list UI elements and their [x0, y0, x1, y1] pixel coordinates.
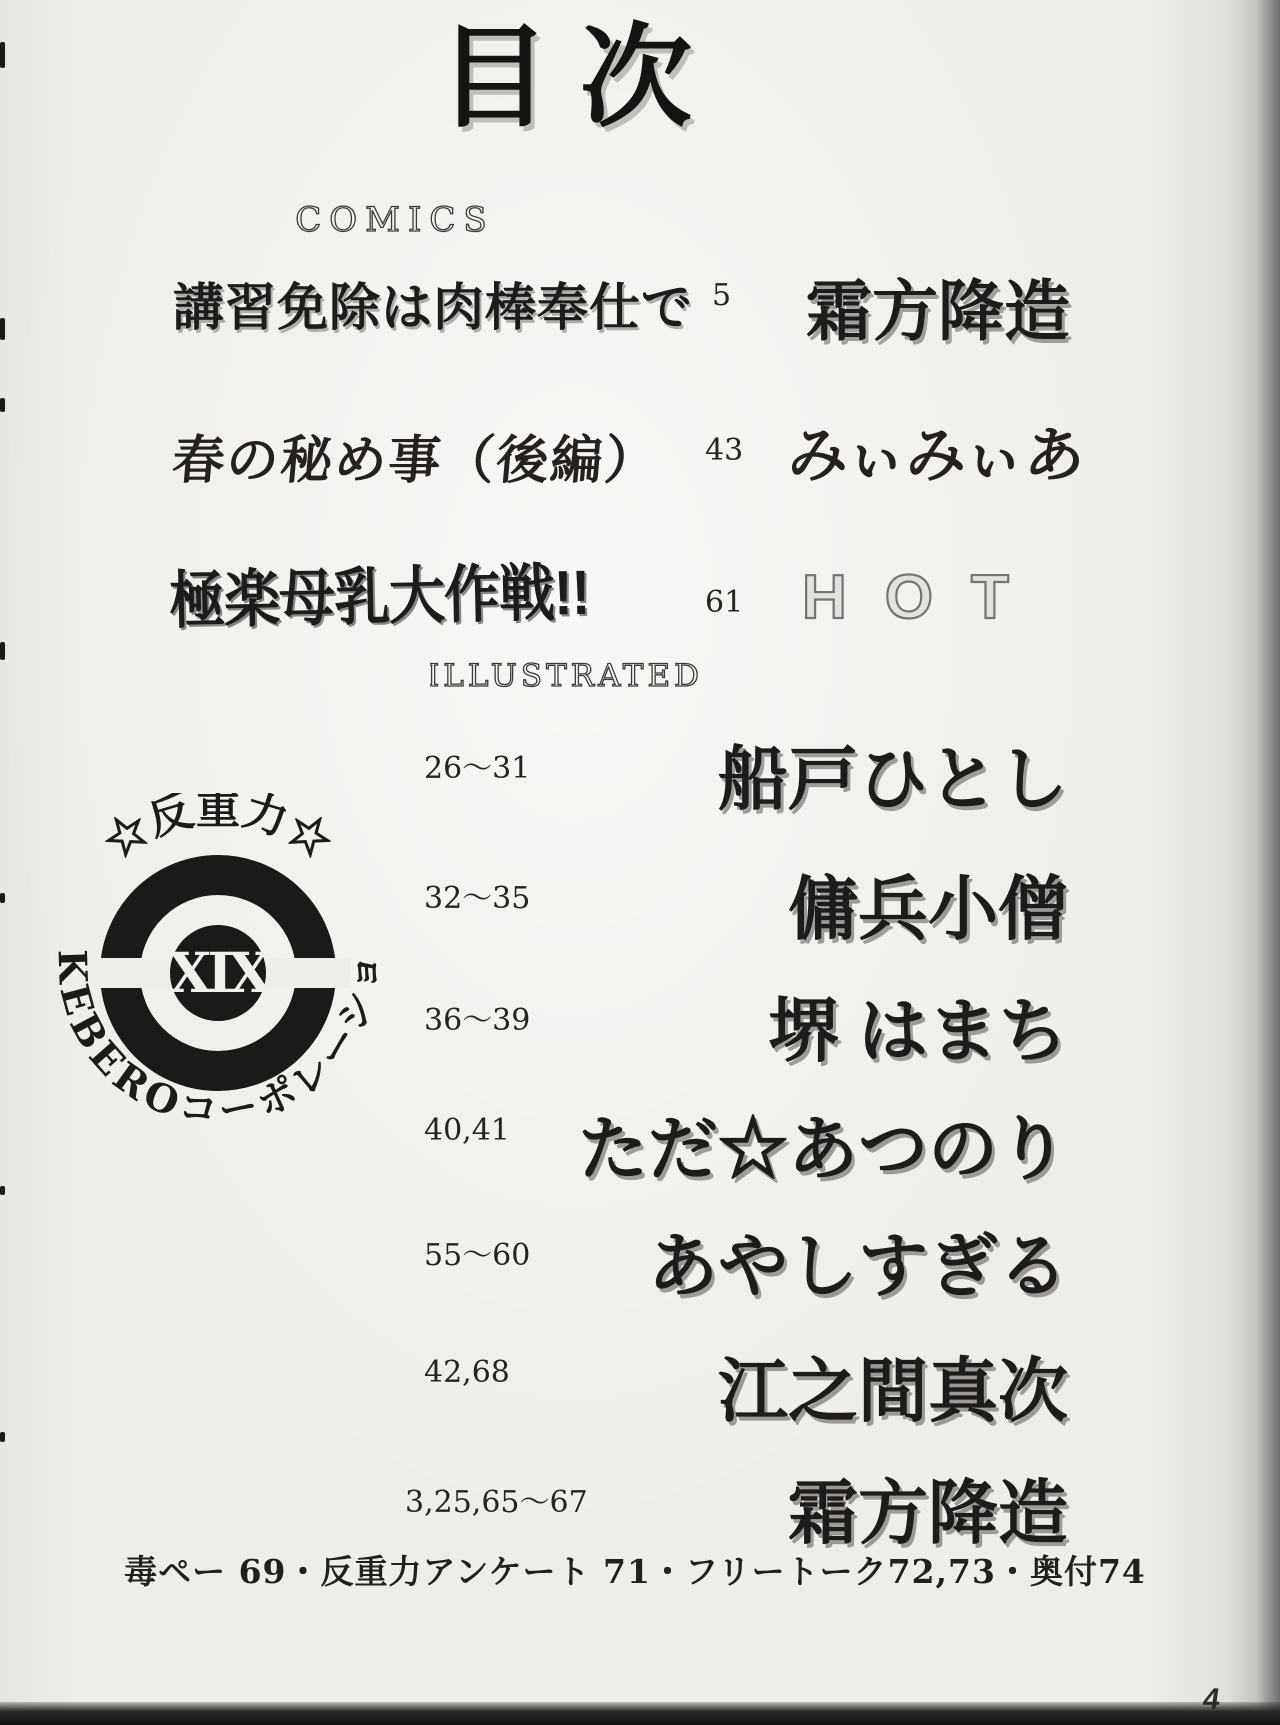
illustration-author: あやしすぎる [470, 1210, 1068, 1311]
footer-misc-line: 毒ペー 69・反重力アンケート 71・フリートーク72,73・奥付74 [0, 1546, 1275, 1593]
scan-artifact [0, 42, 5, 68]
scan-artifact [0, 1432, 5, 1442]
comic-entry-page: 61 [705, 585, 743, 620]
scan-artifact [0, 893, 5, 903]
scan-edge-bottom [0, 1702, 1280, 1725]
kebero-circle-logo: XIX ☆反重力☆ KEBEROコーポレーション [8, 793, 438, 1205]
illustration-author: 江之間真次 [470, 1335, 1068, 1436]
comic-entry-author: みぃみぃあ [767, 408, 1088, 494]
illustration-author: ただ☆あつのり [470, 1093, 1068, 1194]
illustration-author: 堺 はまち [470, 975, 1068, 1076]
page-title: 目次 [0, 16, 1160, 139]
comic-entry-title: 極楽母乳大作戦!! [168, 543, 590, 641]
comic-entry-author-graphic: HOT [792, 550, 1072, 642]
scan-artifact [0, 398, 5, 412]
comic-entry-author: 霜方降造 [770, 258, 1070, 353]
logo-roman-numeral: XIX [168, 940, 271, 1005]
scan-artifact [0, 1186, 5, 1195]
illustration-author: 傭兵小僧 [470, 853, 1068, 954]
illustration-author: 船戸ひとし [470, 723, 1068, 824]
comic-entry-title: 春の秘め事（後編） [170, 418, 663, 493]
illustrated-heading: ILLUSTRATED [430, 658, 700, 694]
comic-entry-page: 5 [712, 278, 731, 313]
scan-artifact [0, 642, 5, 660]
comic-entry-title: 講習免除は肉棒奉仕で [173, 266, 693, 340]
comic-entry-page: 43 [705, 433, 743, 468]
illustration-author: 霜方降造 [470, 1457, 1068, 1558]
scan-artifact [0, 318, 5, 340]
comics-heading: COMICS [295, 200, 494, 240]
illustrated-heading-graphic: ILLUSTRATED [430, 653, 700, 699]
scan-edge-right [1228, 0, 1280, 1725]
comic-entry-author: HOT [802, 563, 1047, 632]
comics-heading-graphic: COMICS [280, 196, 510, 244]
